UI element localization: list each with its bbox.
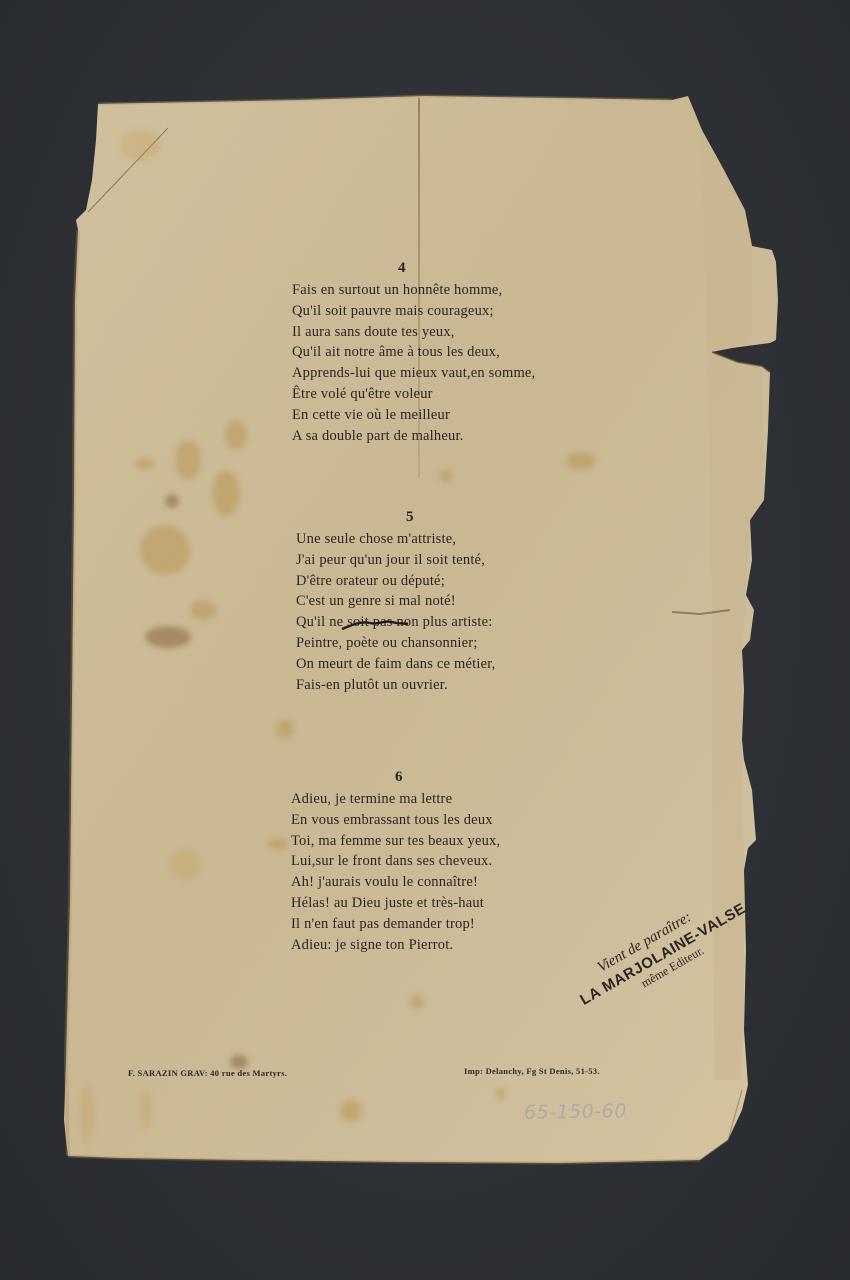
verse-line: D'être orateur ou député; bbox=[296, 571, 495, 592]
stain bbox=[268, 838, 288, 850]
stain bbox=[340, 1100, 362, 1122]
verse-line: Adieu: je signe ton Pierrot. bbox=[291, 935, 500, 956]
verse-line: Lui,sur le front dans ses cheveux. bbox=[291, 851, 500, 872]
stain bbox=[230, 1055, 248, 1069]
stanza-number: 4 bbox=[398, 258, 406, 279]
paper-sheet: 4 Fais en surtout un honnête homme, Qu'i… bbox=[0, 0, 850, 1280]
stain bbox=[175, 440, 201, 480]
stain bbox=[440, 470, 452, 482]
stain bbox=[80, 1085, 94, 1145]
stanza-number: 6 bbox=[395, 767, 403, 788]
stain bbox=[120, 130, 160, 160]
stanza-4: 4 Fais en surtout un honnête homme, Qu'i… bbox=[292, 280, 535, 446]
verse-line: Une seule chose m'attriste, bbox=[296, 529, 495, 550]
verse-line: On meurt de faim dans ce métier, bbox=[296, 654, 495, 675]
verse-line: J'ai peur qu'un jour il soit tenté, bbox=[296, 550, 495, 571]
verse-line: A sa double part de malheur. bbox=[292, 426, 535, 447]
engraver-imprint: F. SARAZIN GRAV: 40 rue des Martyrs. bbox=[128, 1068, 287, 1078]
stain bbox=[225, 420, 247, 450]
verse-line: Fais en surtout un honnête homme, bbox=[292, 280, 535, 301]
stain bbox=[496, 1088, 506, 1100]
pencil-catalog-number: 65-150-60 bbox=[524, 1100, 627, 1124]
verse-line: En vous embrassant tous les deux bbox=[291, 810, 500, 831]
stain bbox=[145, 626, 191, 648]
verse-line: Il aura sans doute tes yeux, bbox=[292, 322, 535, 343]
printer-imprint: Imp: Delanchy, Fg St Denis, 51-53. bbox=[464, 1066, 600, 1076]
verse-line: Toi, ma femme sur tes beaux yeux, bbox=[291, 831, 500, 852]
verse-line: Ah! j'aurais voulu le connaître! bbox=[291, 872, 500, 893]
verse-line: Apprends-lui que mieux vaut,en somme, bbox=[292, 363, 535, 384]
stain bbox=[190, 600, 216, 620]
verse-line: Hélas! au Dieu juste et très-haut bbox=[291, 893, 500, 914]
stain bbox=[410, 995, 424, 1009]
stanza-6: 6 Adieu, je termine ma lettre En vous em… bbox=[291, 789, 500, 955]
verse-line: Adieu, je termine ma lettre bbox=[291, 789, 500, 810]
verse-line: Qu'il ait notre âme à tous les deux, bbox=[292, 342, 535, 363]
stain bbox=[140, 525, 190, 575]
verse-line: Fais-en plutôt un ouvrier. bbox=[296, 675, 495, 696]
verse-line: C'est un genre si mal noté! bbox=[296, 591, 495, 612]
stain bbox=[212, 470, 240, 516]
stain bbox=[277, 720, 293, 738]
verse-line: Il n'en faut pas demander trop! bbox=[291, 914, 500, 935]
stain bbox=[140, 1090, 152, 1130]
stain bbox=[135, 458, 155, 470]
ink-scribble-mark bbox=[340, 617, 410, 633]
stain bbox=[165, 494, 179, 508]
stanza-number: 5 bbox=[406, 507, 414, 528]
verse-line: Peintre, poète ou chansonnier; bbox=[296, 633, 495, 654]
stanza-5: 5 Une seule chose m'attriste, J'ai peur … bbox=[296, 529, 495, 695]
verse-line: Qu'il soit pauvre mais courageux; bbox=[292, 301, 535, 322]
verse-line: Être volé qu'être voleur bbox=[292, 384, 535, 405]
stain bbox=[566, 452, 596, 470]
verse-line: En cette vie où le meilleur bbox=[292, 405, 535, 426]
stain bbox=[170, 850, 200, 880]
